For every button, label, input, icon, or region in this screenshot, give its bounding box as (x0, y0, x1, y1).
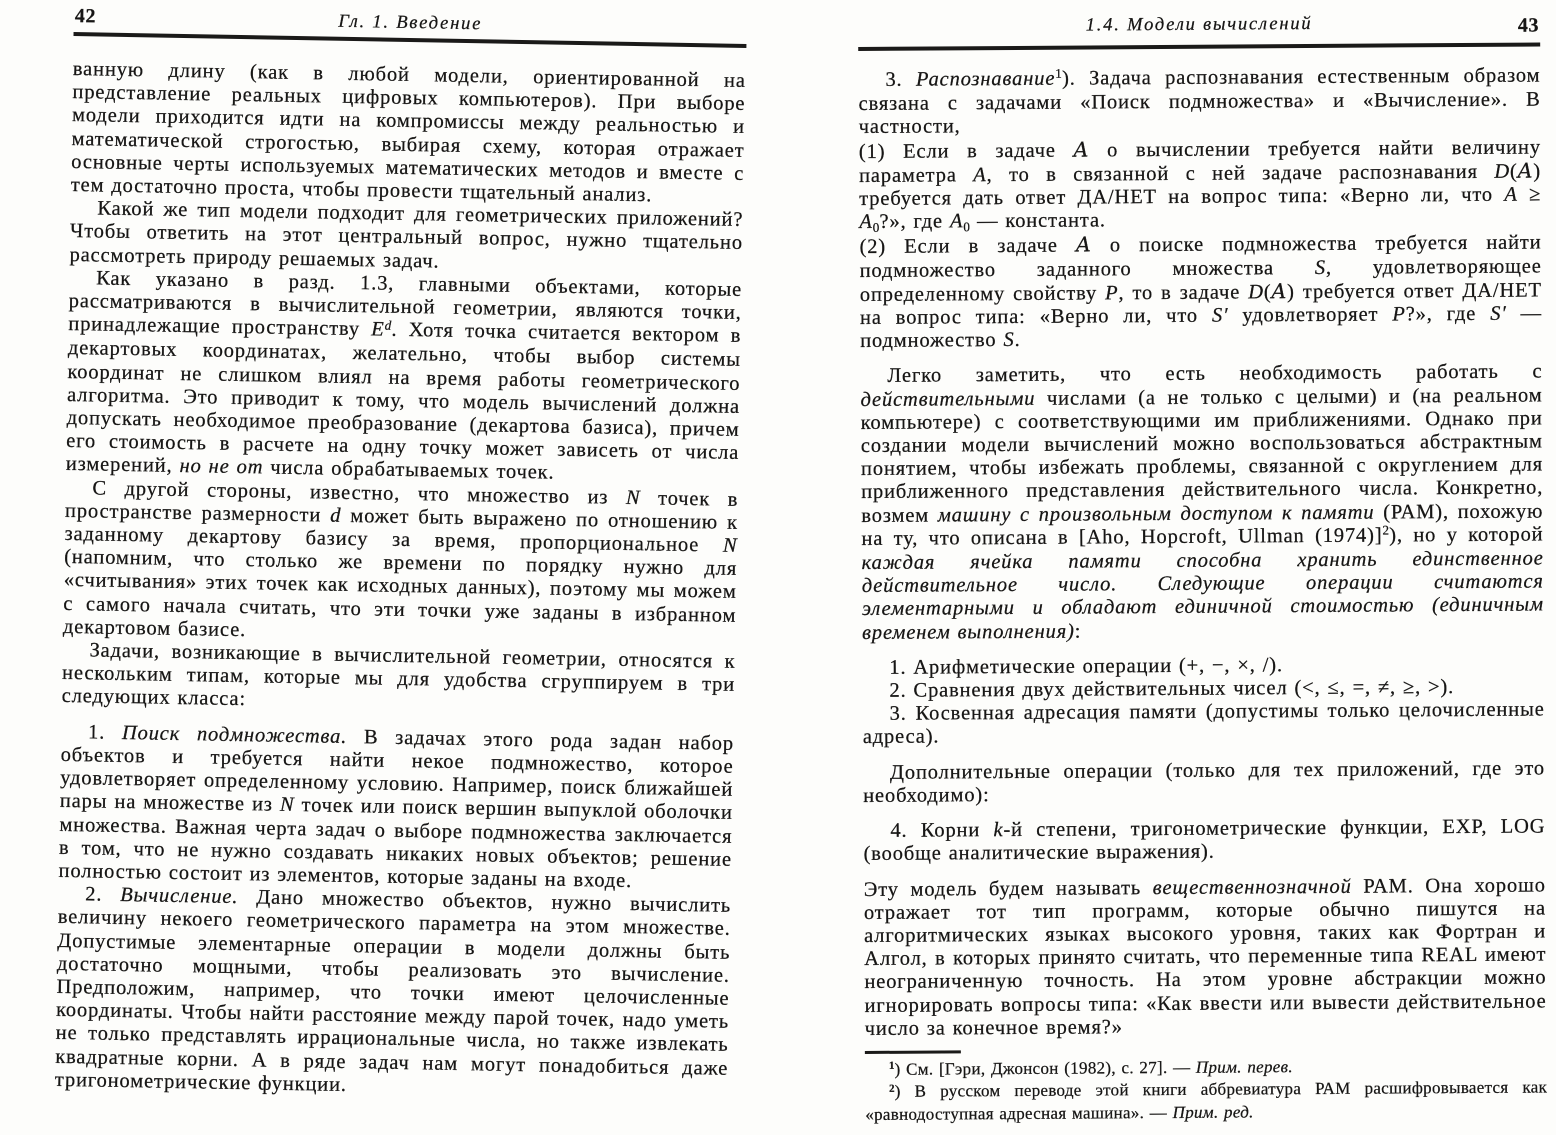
text-segment: ?», где (1406, 303, 1491, 326)
book-spread-scan: { "page_left": { "page_number": "42", "r… (0, 0, 1556, 1135)
text-segment: D (1494, 160, 1510, 182)
page-number-right: 43 (1518, 14, 1539, 37)
text-segment: Легко заметить, что есть необходимость р… (887, 361, 1542, 387)
text-segment: вещественнозначной (1153, 875, 1352, 898)
text-segment: A (859, 211, 873, 233)
text-segment: ), но у которой (1389, 523, 1543, 546)
text-segment: машину с произвольным доступом к памяти (938, 501, 1375, 526)
text-segment: A (950, 211, 964, 233)
text-segment: ?», где (879, 211, 950, 233)
running-title-right: 1.4. Модели вычислений (858, 12, 1540, 38)
paragraph: 4. Корни k-й степени, тригонометрические… (863, 816, 1545, 867)
page-number-left: 42 (75, 5, 97, 28)
text-segment: N (280, 794, 295, 816)
right-page-body: 3. Распознавание1). Задача распознавания… (858, 64, 1546, 1040)
text-segment: 3. (885, 69, 916, 91)
text-segment: Дано множество объектов, нужно вычислить… (55, 886, 732, 1096)
paragraph: Задачи, возникающие в вычислительной гео… (62, 639, 736, 721)
paragraph: ванную длину (как в любой модели, ориент… (71, 58, 746, 209)
paragraph: Легко заметить, что есть необходимость р… (860, 361, 1544, 645)
text-segment: (2) Если в задаче (859, 235, 1076, 258)
text-segment: 2. (85, 883, 120, 906)
paragraph: Дополнительные операции (только для тех … (863, 757, 1545, 808)
text-segment: Вычисление. (120, 884, 238, 908)
text-segment: 2. Сравнения двух действительных чисел (… (889, 676, 1454, 702)
text-segment: P (1392, 303, 1406, 325)
text-segment: , то в задаче (1118, 281, 1248, 304)
text-segment: 4. Корни (890, 819, 993, 842)
paragraph: (2) Если в задаче A о поиске подмножеств… (859, 231, 1542, 354)
text-segment: ванную длину (как в любой модели, ориент… (71, 58, 746, 206)
text-segment: ( (1264, 281, 1272, 303)
text-segment: ≥ (1518, 183, 1542, 205)
paragraph: Как указано в разд. 1.3, главными объект… (66, 267, 743, 489)
text-segment: A (1271, 279, 1287, 303)
text-segment: A (1076, 233, 1092, 257)
text-segment: Прим. перев. (1196, 1057, 1293, 1077)
text-segment: Какой же тип модели подходит для геометр… (69, 198, 743, 273)
text-segment: A (1074, 137, 1090, 161)
text-segment: — константа. (970, 210, 1106, 233)
text-segment: S (1315, 257, 1326, 279)
paragraph: (1) Если в задаче A о вычислении требует… (859, 135, 1542, 235)
text-segment: 2 (889, 1083, 895, 1095)
paragraph: 3. Распознавание1). Задача распознавания… (858, 64, 1540, 139)
text-segment: Поиск подмножества. (122, 722, 348, 748)
text-segment: . Хотя точка считается вектором в декарт… (66, 319, 742, 477)
text-segment: 1. (88, 721, 122, 744)
header-rule-right (858, 42, 1540, 51)
text-segment: , то в связанной с ней задаче распознава… (987, 161, 1495, 186)
text-segment: . (1014, 329, 1020, 351)
left-page: 42 Гл. 1. Введение ванную длину (как в л… (55, 7, 747, 1104)
footnote: 2) В русском переводе этой книги аббреви… (865, 1078, 1547, 1125)
text-segment: k (993, 819, 1003, 841)
text-segment: (1) Если в задаче (859, 139, 1074, 162)
text-segment: A (1518, 158, 1534, 182)
text-segment: S′ (1212, 305, 1229, 327)
text-segment: каждая ячейка памяти способна хранить ед… (862, 548, 1544, 644)
text-segment: 2 (1382, 523, 1389, 538)
text-segment: Дополнительные операции (только для тех … (863, 757, 1545, 807)
paragraph: 3. Косвенная адресация памяти (допустимы… (863, 699, 1545, 750)
text-segment: D (1248, 281, 1264, 303)
text-segment: N (626, 487, 641, 509)
text-segment: Задачи, возникающие в вычислительной гео… (62, 639, 736, 710)
footnote-block: 1) См. [Гэри, Джонсон (1982), с. 27]. — … (865, 1046, 1547, 1125)
text-segment: Прим. ред. (1173, 1102, 1254, 1122)
text-segment: 1. Арифметические операции (+, −, ×, /). (889, 654, 1283, 679)
paragraph: Какой же тип модели подходит для геометр… (69, 197, 743, 279)
right-page-header: 1.4. Модели вычислений 43 (858, 12, 1540, 41)
right-page: 1.4. Модели вычислений 43 3. Распознаван… (858, 12, 1547, 1125)
footnote-rule (865, 1050, 961, 1054)
text-segment: d (385, 317, 392, 332)
text-segment: Эту модель будем называть (864, 877, 1153, 901)
text-segment: P (1105, 282, 1119, 304)
text-segment: 1 (889, 1060, 895, 1072)
text-segment: A (1504, 184, 1518, 206)
text-segment: ) См. [Гэри, Джонсон (1982), с. 27]. — (895, 1058, 1196, 1079)
text-segment: удовлетворяет (1228, 303, 1392, 326)
text-segment: : (1075, 620, 1082, 642)
text-segment: 0 (963, 219, 970, 234)
text-segment: действительными (860, 387, 1035, 410)
left-page-body: ванную длину (как в любой модели, ориент… (55, 58, 746, 1104)
text-segment: S (1003, 329, 1014, 351)
paragraph: 2. Вычисление. Дано множество объектов, … (55, 883, 732, 1104)
text-segment: A (973, 164, 987, 186)
paragraph: С другой стороны, известно, что множеств… (63, 477, 739, 651)
text-segment: 1 (1055, 66, 1062, 81)
text-segment: (напомним, что столько же времени по пор… (63, 546, 738, 641)
paragraph: 1. Поиск подмножества. В задачах этого р… (58, 721, 734, 895)
text-segment: S′ (1490, 303, 1507, 325)
footnote-body: 1) См. [Гэри, Джонсон (1982), с. 27]. — … (865, 1055, 1547, 1125)
text-segment: 3. Косвенная адресация памяти (допустимы… (863, 699, 1545, 749)
text-segment: ( (1510, 160, 1518, 182)
text-segment: Распознавание (916, 68, 1055, 91)
paragraph: Эту модель будем называть вещественнозна… (864, 874, 1547, 1041)
text-segment: d (330, 505, 341, 527)
text-segment: но не от (179, 455, 263, 478)
text-segment: E (371, 319, 385, 341)
text-segment: N (723, 535, 738, 557)
text-segment: 0 (873, 220, 880, 235)
